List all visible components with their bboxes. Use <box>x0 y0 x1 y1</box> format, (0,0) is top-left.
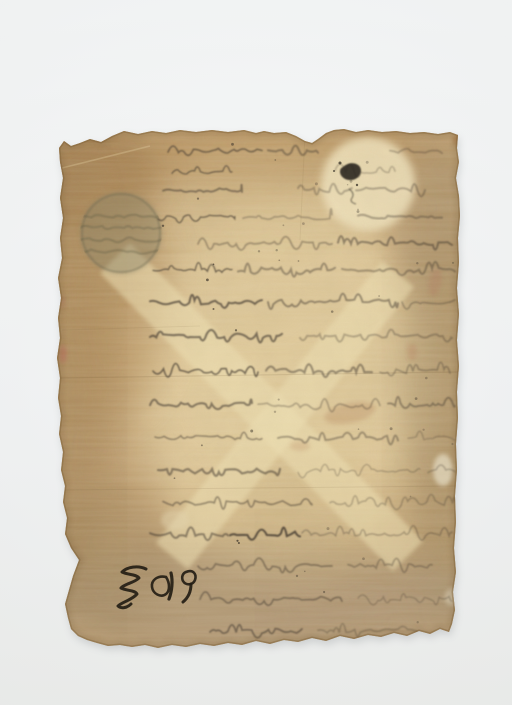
paper-sheet <box>15 115 487 660</box>
paper-grain <box>50 122 468 658</box>
manuscript-scan <box>0 0 512 705</box>
scanner-background <box>0 0 512 705</box>
